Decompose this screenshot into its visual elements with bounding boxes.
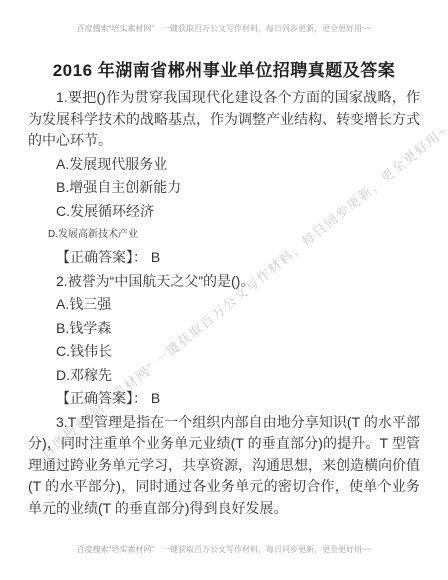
- document-title: 2016 年湖南省郴州事业单位招聘真题及答案: [28, 56, 420, 81]
- question-2-answer: 【正确答案】： B: [28, 388, 420, 410]
- question-1-text: 1.要把()作为贯穿我国现代化建设各个方面的国家战略，作为发展科学技术的战略基点…: [28, 87, 420, 152]
- document-page: 百度搜索“培实素材网” 一键获取百万公文写作材料，每日同步更新，更全更好用~ 百…: [0, 0, 448, 580]
- document-content: 2016 年湖南省郴州事业单位招聘真题及答案 1.要把()作为贯穿我国现代化建设…: [0, 0, 448, 519]
- question-2-option-c: C.钱伟长: [28, 341, 420, 363]
- question-1-option-b: B.增强自主创新能力: [28, 177, 420, 199]
- page-footer: 百度搜索“培实素材网” 一键获取百万公文写作材料，每日同步更新，更全更好用~~: [0, 544, 448, 555]
- question-2-option-b: B.钱学森: [28, 318, 420, 340]
- question-2-text: 2.被誉为“中国航天之父”的是()。: [28, 271, 420, 293]
- question-1-option-a: A.发展现代服务业: [28, 154, 420, 176]
- question-1-option-c: C.发展循环经济: [28, 201, 420, 223]
- question-2-option-d: D.邓稼先: [28, 365, 420, 387]
- question-1-answer: 【正确答案】： B: [28, 247, 420, 269]
- question-3-text: 3.T 型管理是指在一个组织内部自由地分享知识(T 的水平部分)，同时注重单个业…: [28, 412, 420, 520]
- question-2-option-a: A.钱三强: [28, 294, 420, 316]
- question-1-option-d: D.发展高新技术产业: [28, 227, 420, 242]
